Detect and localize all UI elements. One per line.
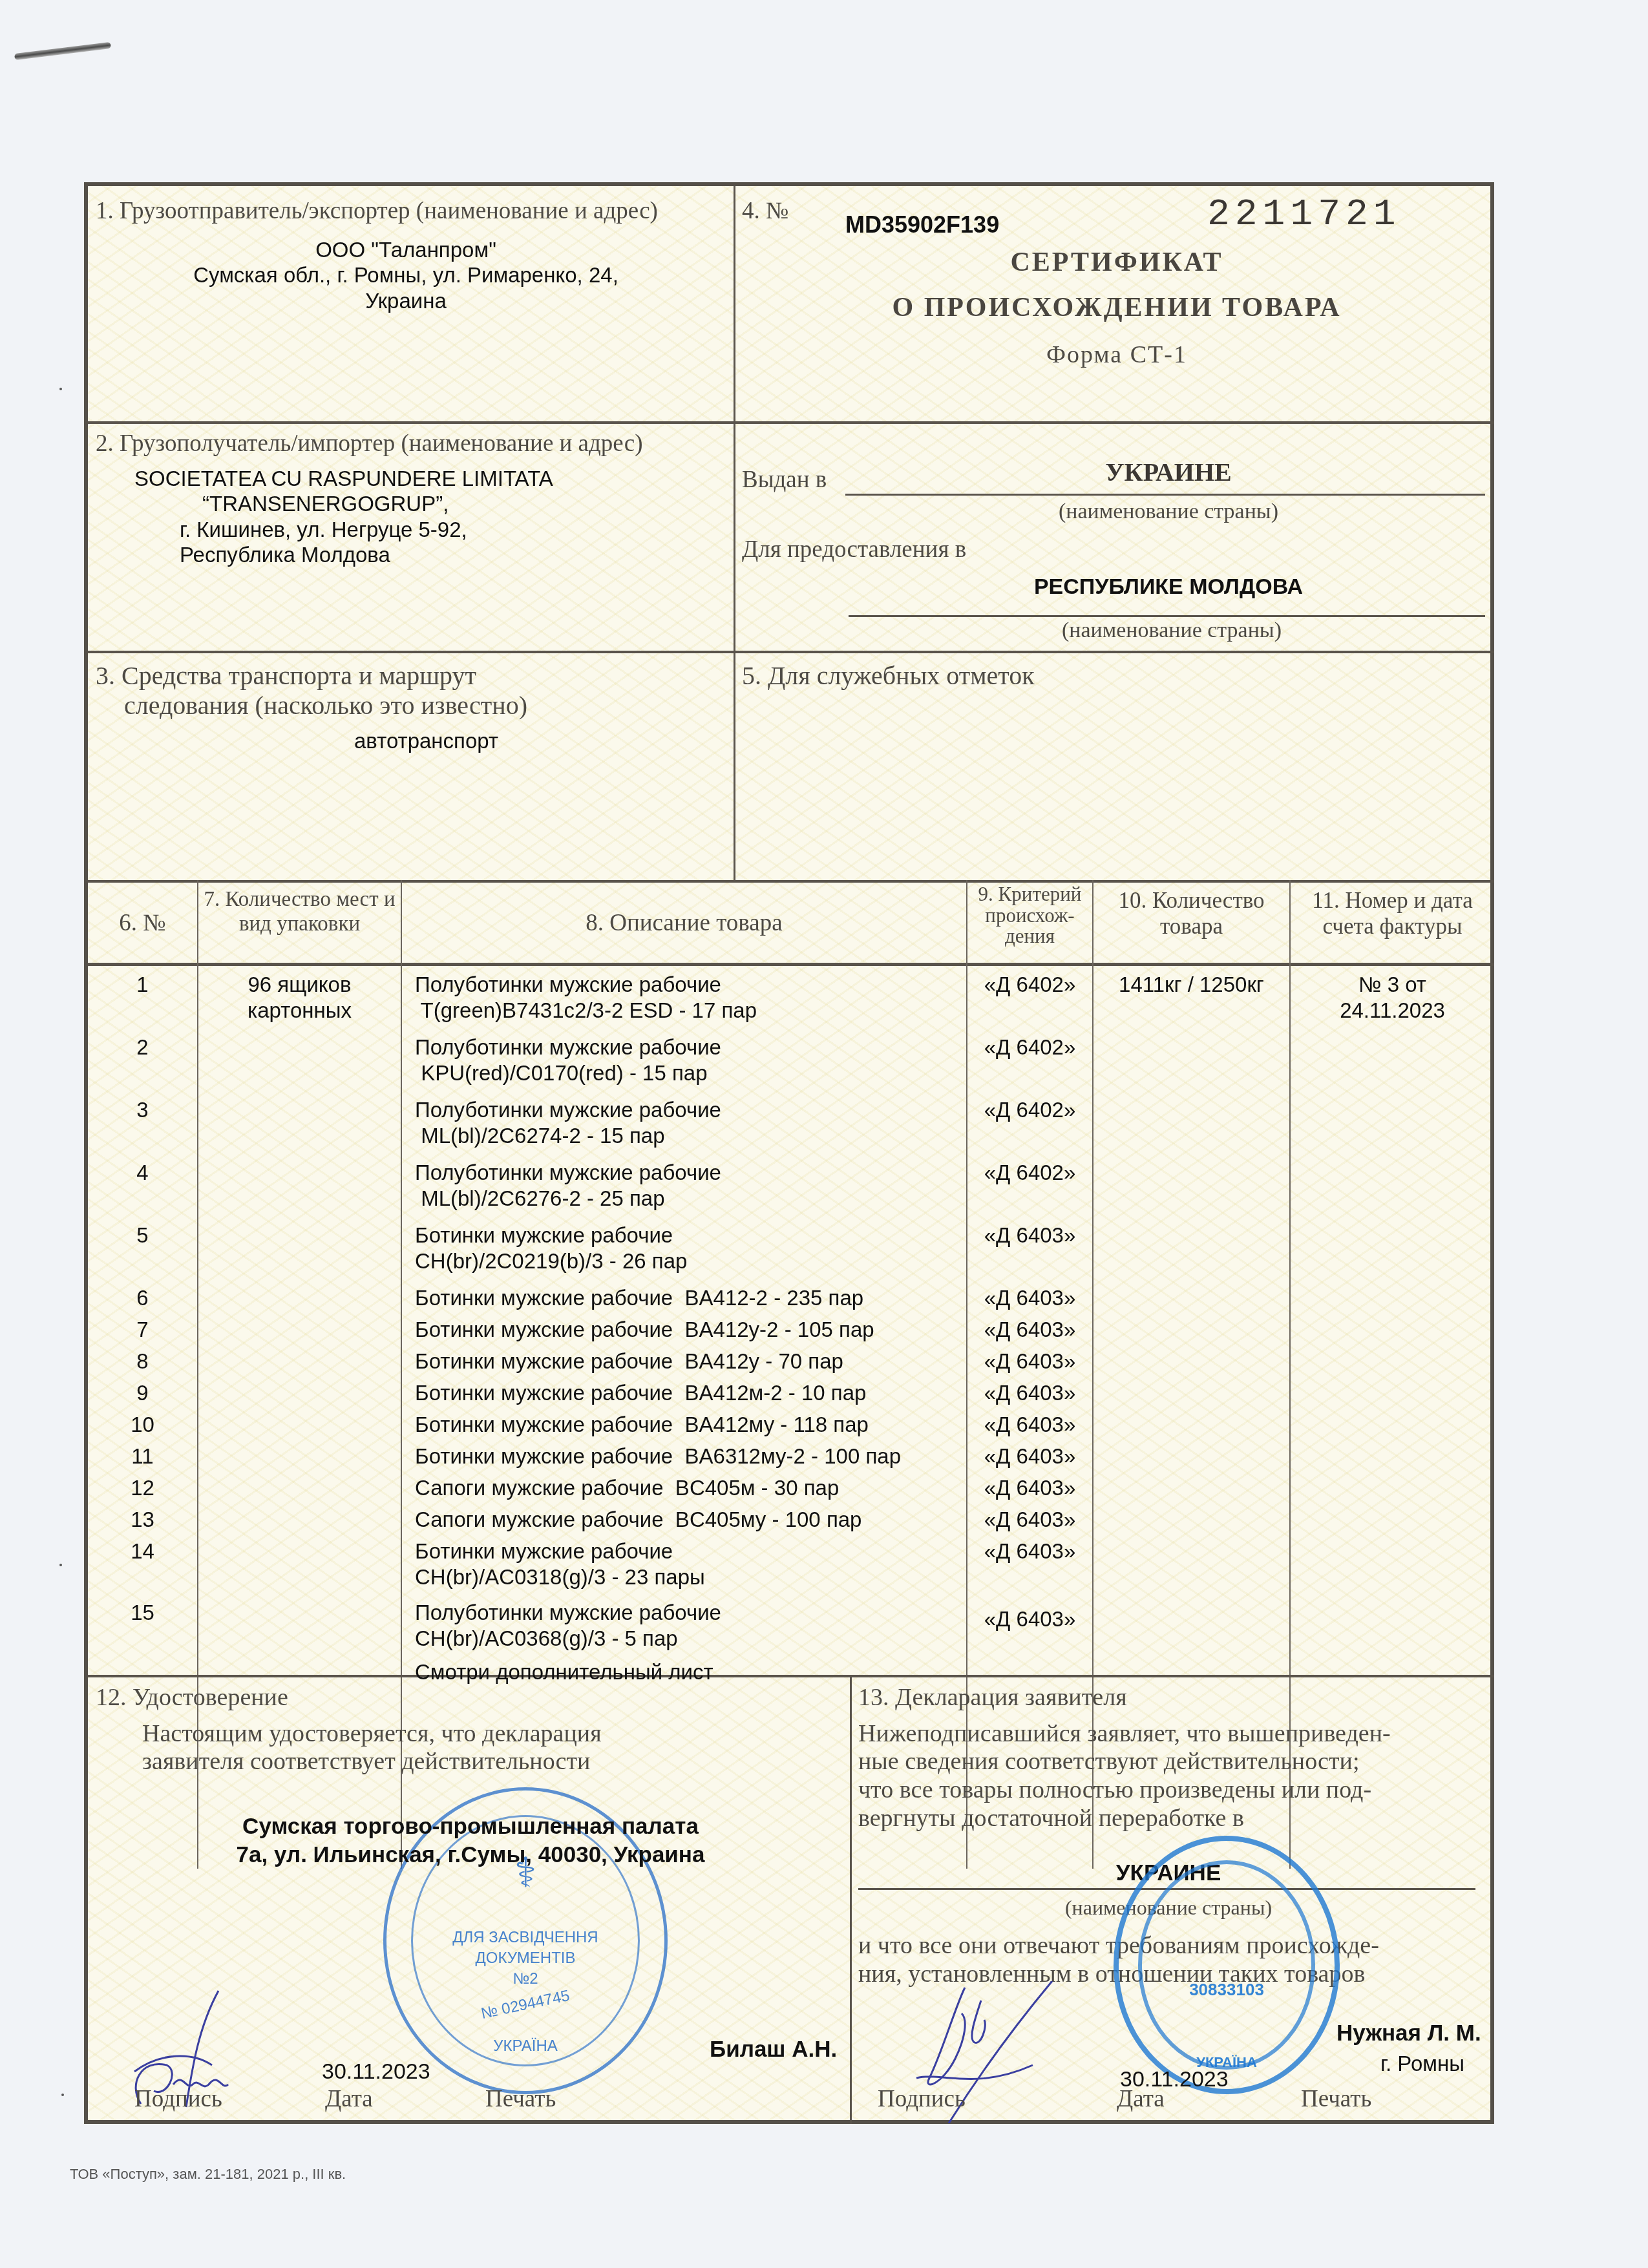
importer-country: Республика Молдова	[96, 542, 729, 568]
box3-label: 3. Средства транспорта и маршрут	[96, 661, 729, 691]
box1-exporter: 1. Грузоотправитель/экспортер (наименова…	[96, 198, 729, 313]
certificate-subtitle: О ПРОИСХОЖДЕНИИ ТОВАРА	[742, 292, 1492, 323]
divider	[88, 963, 1494, 966]
exporter-address: Сумская обл., г. Ромны, ул. Римаренко, 2…	[83, 262, 729, 288]
row-no: 4	[88, 1160, 197, 1186]
invoice-value: № 3 от 24.11.2023	[1291, 972, 1494, 1023]
box3-transport: 3. Средства транспорта и маршрут следова…	[96, 661, 729, 754]
row-description: Ботинки мужские рабочиеCH(br)/2C0219(b)/…	[415, 1223, 687, 1274]
box2-importer: 2. Грузополучатель/импортер (наименовани…	[96, 430, 729, 568]
box12-text: Настоящим удостоверяется, что декларация	[96, 1720, 845, 1748]
row-description: Полуботинки мужские рабочие ML(bl)/2C627…	[415, 1160, 721, 1211]
divider	[88, 880, 1494, 883]
desc-line: ML(bl)/2C6274-2 - 15 пар	[415, 1123, 721, 1149]
desc-line: T(green)B7431c2/3-2 ESD - 17 пар	[415, 998, 757, 1024]
row-criterion: «Д 6402»	[967, 1097, 1092, 1123]
row-no: 5	[88, 1223, 197, 1248]
row-criterion: «Д 6402»	[967, 1160, 1092, 1186]
issued-in-label: Выдан в	[742, 467, 827, 494]
importer-name-2: “TRANSENERGOGRUP”,	[96, 491, 729, 517]
declaration-text: Нижеподписавшийся заявляет, что вышеприв…	[858, 1720, 1492, 1748]
declarant-name: Нужная Л. М.	[1336, 2020, 1481, 2047]
row-criterion: «Д 6402»	[967, 1034, 1092, 1060]
row-criterion: «Д 6403»	[967, 1507, 1092, 1533]
divider	[88, 651, 1494, 653]
issued-block: Выдан в УКРАИНЕ (наименование страны) Дл…	[742, 430, 1492, 650]
provided-to-country: РЕСПУБЛИКЕ МОЛДОВА	[845, 574, 1492, 600]
printer-note: ТОВ «Поступ», зам. 21-181, 2021 р., III …	[70, 2166, 346, 2183]
row-criterion: «Д 6403»	[967, 1349, 1092, 1374]
country-caption: (наименование страны)	[845, 499, 1492, 524]
stamp-text: ДОКУМЕНТІВ	[386, 1949, 664, 1968]
caption-date: Дата	[325, 2086, 373, 2114]
row-description: Сапоги мужские рабочие BC405му - 100 пар	[415, 1507, 861, 1533]
row-criterion: «Д 6403»	[967, 1223, 1092, 1248]
invoice-date: 24.11.2023	[1291, 998, 1494, 1024]
box12-label: 12. Удостоверение	[96, 1684, 845, 1712]
row-no: 6	[88, 1285, 197, 1311]
scan-speck	[59, 1564, 62, 1566]
box3-label-2: следования (насколько это известно)	[96, 691, 729, 720]
row-criterion: «Д 6403»	[967, 1606, 1092, 1632]
row-description: Ботинки мужские рабочие BA412у - 70 пар	[415, 1349, 843, 1374]
box4-label: 4. №	[742, 198, 788, 226]
stamp-text: ДЛЯ ЗАСВІДЧЕННЯ	[386, 1929, 664, 1947]
box13-declaration: 13. Декларация заявителя Нижеподписавший…	[858, 1684, 1492, 2123]
row-criterion: «Д 6402»	[967, 972, 1092, 998]
see-additional-sheet: Смотри дополнительный лист	[415, 1659, 713, 1685]
box12-certification: 12. Удостоверение Настоящим удостоверяет…	[96, 1684, 845, 2123]
row-no: 8	[88, 1349, 197, 1374]
row-no: 12	[88, 1475, 197, 1501]
row-no: 3	[88, 1097, 197, 1123]
form-name: Форма СТ-1	[742, 341, 1492, 370]
desc-line: ML(bl)/2C6276-2 - 25 пар	[415, 1186, 721, 1212]
transport-value: автотранспорт	[96, 728, 729, 754]
row-description: Полуботинки мужские рабочие ML(bl)/2C627…	[415, 1097, 721, 1148]
desc-line: CH(br)/2C0219(b)/3 - 26 пар	[415, 1248, 687, 1274]
chamber-name: Сумская торгово-промышленная палата	[96, 1813, 845, 1840]
desc-line: Полуботинки мужские рабочие	[415, 1034, 721, 1060]
exporter-name: ООО "Таланпром"	[83, 237, 729, 263]
box13-label: 13. Декларация заявителя	[858, 1684, 1492, 1712]
divider	[88, 421, 1494, 424]
desc-line: Ботинки мужские рабочие	[415, 1538, 705, 1564]
row-description: Ботинки мужские рабочие BA412-2 - 235 па…	[415, 1285, 863, 1311]
row-no: 11	[88, 1444, 197, 1469]
box2-label: 2. Грузополучатель/импортер (наименовани…	[96, 430, 729, 458]
issued-in-country: УКРАИНЕ	[845, 457, 1492, 487]
row-description: Ботинки мужские рабочие BA412у-2 - 105 п…	[415, 1317, 874, 1343]
desc-line: Полуботинки мужские рабочие	[415, 972, 757, 998]
invoice-number: № 3 от	[1291, 972, 1494, 998]
box5-label: 5. Для служебных отметок	[742, 661, 1492, 691]
declaration-text: что все товары полностью произведены или…	[858, 1776, 1492, 1805]
header-criterion: 9. Критерий происхож-дения	[967, 884, 1092, 947]
underline	[845, 494, 1485, 496]
company-stamp: 30833103 УКРАЇНА	[1114, 1836, 1340, 2094]
chamber-address: 7а, ул. Ильинская, г.Сумы, 40030, Украин…	[96, 1842, 845, 1869]
row-description: Ботинки мужские рабочие BA412му - 118 па…	[415, 1412, 869, 1438]
row-no: 9	[88, 1380, 197, 1406]
box1-label: 1. Грузоотправитель/экспортер (наименова…	[96, 198, 729, 226]
caption-date: Дата	[1117, 2086, 1165, 2114]
desc-line: CH(br)/AC0368(g)/3 - 5 пар	[415, 1626, 721, 1652]
scan-speck	[61, 2094, 64, 2096]
desc-line: CH(br)/AC0318(g)/3 - 23 пары	[415, 1564, 705, 1590]
caption-signature: Подпись	[878, 2086, 966, 2114]
row-criterion: «Д 6403»	[967, 1317, 1092, 1343]
packages-line: 96 ящиков	[198, 972, 401, 998]
quantity-value: 1411кг / 1250кг	[1093, 972, 1289, 998]
importer-name: SOCIETATEA CU RASPUNDERE LIMITATA	[96, 466, 729, 492]
caption-signature: Подпись	[134, 2086, 222, 2114]
row-criterion: «Д 6403»	[967, 1538, 1092, 1564]
divider	[88, 1675, 1494, 1677]
certifier-name: Билаш А.Н.	[710, 2036, 837, 2063]
divider	[734, 186, 735, 880]
stamp-code: 30833103	[1119, 1980, 1335, 2000]
header-quantity: 10. Количество товара	[1093, 888, 1289, 940]
row-criterion: «Д 6403»	[967, 1380, 1092, 1406]
box12-text-2: заявителя соответствует действительности	[96, 1748, 845, 1776]
certificate-number: MD35902F139	[845, 211, 999, 238]
header-invoice: 11. Номер и дата счета фактуры	[1291, 888, 1494, 940]
caption-seal: Печать	[485, 2086, 556, 2114]
importer-address: г. Кишинев, ул. Негруце 5-92,	[96, 517, 729, 543]
declaration-text: ные сведения соответствуют действительно…	[858, 1748, 1492, 1776]
header-no: 6. №	[88, 884, 197, 963]
row-description: Полуботинки мужские рабочие T(green)B743…	[415, 972, 757, 1023]
box4-certificate: 4. № MD35902F139 2211721 СЕРТИФИКАТ О ПР…	[742, 198, 1492, 417]
row-no: 2	[88, 1034, 197, 1060]
desc-line: Ботинки мужские рабочие	[415, 1223, 687, 1248]
packages-value: 96 ящиков картонных	[198, 972, 401, 1023]
row-description: Сапоги мужские рабочие BC405м - 30 пар	[415, 1475, 839, 1501]
declaration-text: вергнуты достаточной переработке в	[858, 1805, 1492, 1833]
row-no: 10	[88, 1412, 197, 1438]
row-no: 13	[88, 1507, 197, 1533]
certificate-form: 1. Грузоотправитель/экспортер (наименова…	[84, 182, 1494, 2124]
staple	[14, 42, 111, 60]
row-description: Полуботинки мужские рабочиеCH(br)/AC0368…	[415, 1600, 721, 1651]
stamp-inner-ring	[1138, 1860, 1315, 2070]
desc-line: KPU(red)/C0170(red) - 15 пар	[415, 1060, 721, 1086]
country-caption-2: (наименование страны)	[849, 618, 1495, 643]
stamp-country: УКРАЇНА	[386, 2037, 664, 2055]
row-description: Ботинки мужские рабочиеCH(br)/AC0318(g)/…	[415, 1538, 705, 1590]
declarant-city: г. Ромны	[1380, 2051, 1464, 2077]
row-criterion: «Д 6403»	[967, 1444, 1092, 1469]
row-no: 14	[88, 1538, 197, 1564]
row-no: 15	[88, 1600, 197, 1626]
certification-date: 30.11.2023	[322, 2059, 430, 2085]
box5-official-marks: 5. Для служебных отметок	[742, 661, 1492, 691]
header-description: 8. Описание товара	[402, 884, 966, 963]
divider	[850, 1675, 852, 2124]
row-criterion: «Д 6403»	[967, 1475, 1092, 1501]
certificate-title: СЕРТИФИКАТ	[742, 247, 1492, 278]
row-no: 1	[88, 972, 197, 998]
underline	[849, 615, 1485, 617]
caption-seal: Печать	[1301, 2086, 1371, 2114]
packages-line: картонных	[198, 998, 401, 1024]
desc-line: Полуботинки мужские рабочие	[415, 1600, 721, 1626]
provided-to-label: Для предоставления в	[742, 536, 966, 564]
serial-number: 2211721	[1207, 194, 1401, 236]
scan-speck	[59, 388, 62, 390]
row-criterion: «Д 6403»	[967, 1412, 1092, 1438]
row-criterion: «Д 6403»	[967, 1285, 1092, 1311]
desc-line: Полуботинки мужские рабочие	[415, 1160, 721, 1186]
row-description: Полуботинки мужские рабочие KPU(red)/C01…	[415, 1034, 721, 1086]
header-packages: 7. Количество мест и вид упаковки	[198, 888, 401, 937]
row-no: 7	[88, 1317, 197, 1343]
desc-line: Полуботинки мужские рабочие	[415, 1097, 721, 1123]
exporter-country: Украина	[83, 288, 729, 314]
row-description: Ботинки мужские рабочие BA6312му-2 - 100…	[415, 1444, 901, 1469]
row-description: Ботинки мужские рабочие BA412м-2 - 10 па…	[415, 1380, 866, 1406]
